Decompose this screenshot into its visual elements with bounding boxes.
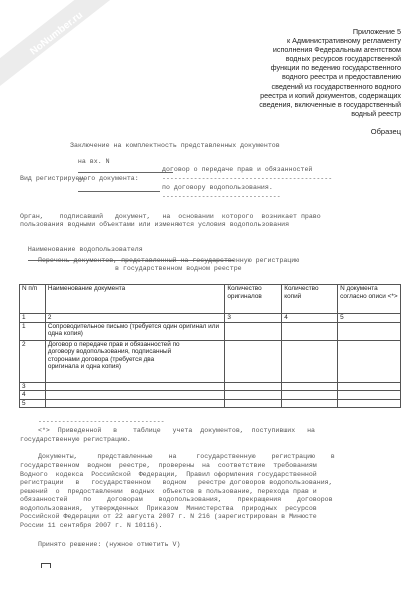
table-header-row: N п/п Наименование документа Количество … — [20, 285, 401, 314]
appendix-line: Приложение 5 — [201, 27, 401, 36]
appendix-line: водных ресурсов государственной — [201, 54, 401, 63]
row-originals-cell[interactable] — [225, 391, 282, 400]
table-row: 5 — [20, 399, 401, 408]
row-copies-cell[interactable] — [282, 391, 338, 400]
appendix-line: сведений из государственного водного — [201, 82, 401, 91]
list-title-line2: в государственном водном реестре — [115, 265, 242, 273]
footnote-line1: <*> Приведенной в таблице учета документ… — [38, 427, 315, 435]
header-inventory-no: N документа согласно описи <*> — [338, 285, 401, 314]
sample-label: Образец — [371, 127, 401, 136]
row-num: 3 — [20, 382, 46, 391]
row-doc-name[interactable] — [45, 399, 224, 408]
footnote-separator: -------------------------------- — [38, 418, 165, 426]
verification-line: решений о предоставлении водных объектов… — [20, 488, 317, 496]
row-num: 2 — [20, 340, 46, 382]
row-originals-cell[interactable] — [225, 399, 282, 408]
doc-type-line2: по договору водопользования. — [162, 184, 273, 192]
column-number: 4 — [282, 314, 338, 323]
header-copies: Количество копий — [282, 285, 338, 314]
row-copies-cell[interactable] — [282, 399, 338, 408]
authority-line2: пользования водными объектами или изменя… — [20, 221, 289, 229]
appendix-line: исполнения Федеральным агентством — [201, 45, 401, 54]
verification-line: России 11 сентября 2007 г. N 10116). — [20, 522, 162, 530]
row-num: 5 — [20, 399, 46, 408]
header-name: Наименование документа — [45, 285, 224, 314]
row-inventory-cell[interactable] — [338, 322, 401, 340]
column-number-row: 1 2 3 4 5 — [20, 314, 401, 323]
verification-line: обязанностей по договорам водопользовани… — [20, 496, 333, 504]
verification-line: Водного кодекса Российской Федерации, Пр… — [20, 471, 317, 479]
row-doc-name: Сопроводительное письмо (требуется один … — [45, 322, 224, 340]
list-title-line1: Перечень документов, представленный на г… — [38, 257, 299, 265]
appendix-line: функции по ведению государственного — [201, 63, 401, 72]
verification-line: Российской Федерации от 22 августа 2007 … — [20, 513, 317, 521]
column-number: 1 — [20, 314, 46, 323]
appendix-line: к Административному регламенту — [201, 36, 401, 45]
watermark-text: NoNumber.ru — [9, 0, 106, 74]
table-row: 1 Сопроводительное письмо (требуется оди… — [20, 322, 401, 340]
appendix-header: Приложение 5 к Административному регламе… — [201, 27, 401, 118]
appendix-line: водного реестра и предоставлению — [201, 72, 401, 81]
verification-line: водопользования, утвержденных Приказом М… — [20, 505, 317, 513]
row-copies-cell[interactable] — [282, 340, 338, 382]
table-row: 4 — [20, 391, 401, 400]
header-num: N п/п — [20, 285, 46, 314]
incoming-number-field[interactable] — [78, 166, 173, 173]
row-doc-name[interactable] — [45, 391, 224, 400]
documents-table: N п/п Наименование документа Количество … — [19, 284, 401, 408]
row-originals-cell[interactable] — [225, 340, 282, 382]
footnote-line2: государственную регистрацию. — [20, 436, 131, 444]
column-number: 5 — [338, 314, 401, 323]
incoming-date-field[interactable] — [78, 185, 160, 192]
watermark-band — [0, 0, 120, 91]
row-copies-cell[interactable] — [282, 322, 338, 340]
row-originals-cell[interactable] — [225, 322, 282, 340]
row-num: 1 — [20, 322, 46, 340]
verification-line: государственном водном реестре, проверен… — [20, 462, 317, 470]
authority-line1: Орган, подписавший документ, на основани… — [20, 213, 321, 221]
verification-line: Документы, представленные на государстве… — [38, 453, 335, 461]
row-doc-name: Договор о передаче прав и обязанностей п… — [45, 340, 224, 382]
appendix-line: водный реестр — [201, 109, 401, 118]
decision-label: Принято решение: (нужное отметить V) — [38, 541, 180, 549]
incoming-line: на вх. N от — [70, 150, 173, 195]
doc-type-dashes-2: ------------------------------ — [162, 193, 281, 201]
row-inventory-cell[interactable] — [338, 382, 401, 391]
header-originals: Количество оригиналов — [225, 285, 282, 314]
table-row: 2 Договор о передаче прав и обязанностей… — [20, 340, 401, 382]
conclusion-title: Заключение на комплектность представленн… — [70, 142, 280, 150]
doc-type-dashes: ----------------------------------------… — [162, 175, 332, 183]
appendix-line: реестра и копий документов, содержащих — [201, 91, 401, 100]
column-number: 3 — [225, 314, 282, 323]
row-inventory-cell[interactable] — [338, 391, 401, 400]
decision-checkbox[interactable] — [41, 563, 51, 568]
column-number: 2 — [45, 314, 224, 323]
row-inventory-cell[interactable] — [338, 399, 401, 408]
doc-type-label: Вид регистрируемого документа: — [20, 175, 139, 183]
row-doc-name[interactable] — [45, 382, 224, 391]
appendix-line: сведения, включенные в государственный — [201, 100, 401, 109]
water-user-label: Наименование водопользователя — [28, 246, 143, 253]
row-inventory-cell[interactable] — [338, 340, 401, 382]
row-copies-cell[interactable] — [282, 382, 338, 391]
incoming-prefix: на вх. N — [78, 158, 110, 165]
row-num: 4 — [20, 391, 46, 400]
doc-type-line1: договор о передаче прав и обязанностей — [162, 166, 312, 174]
row-originals-cell[interactable] — [225, 382, 282, 391]
table-row: 3 — [20, 382, 401, 391]
verification-line: регистрации в государственном водном рее… — [20, 479, 333, 487]
